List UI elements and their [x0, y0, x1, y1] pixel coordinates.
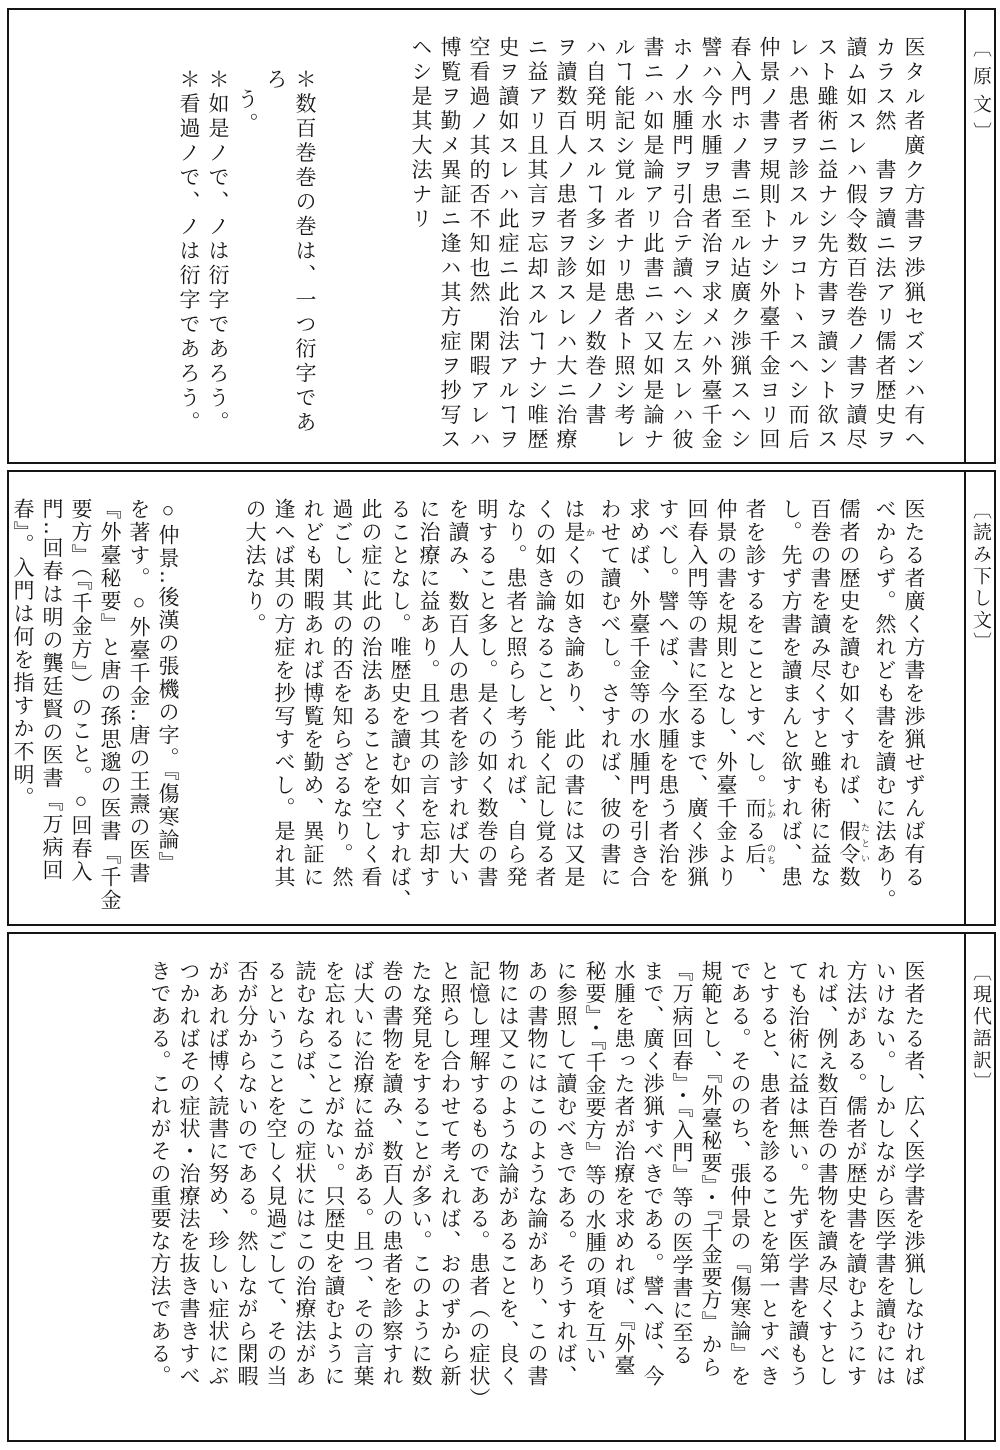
text-column: 巻の書物を讀み、数百人の患者を診察すれ	[377, 960, 406, 1432]
text-column: 空看過ノ其的否不知也然𪜈閑暇アレハ	[464, 36, 493, 454]
text-column: 史ヲ讀如スレハ此症ニ此治法アルヿヲ	[493, 36, 522, 454]
text-column: 秘要』・『千金要方』等の水腫の項を互い	[580, 960, 609, 1432]
text-column: 求めば、外臺千金等の水腫門を引き合	[624, 498, 653, 916]
section-genbun: 医タル者廣ク方書ヲ渉猟セズンハ有ヘカラス然𪜈書ヲ讀ニ法アリ儒者歴史ヲ讀ム如スレハ…	[7, 8, 996, 464]
text-column: つかればその症状・治療法を抜き書きすべ	[174, 960, 203, 1432]
text-column: くの如き論なること、能く記し覚る者	[530, 498, 559, 916]
text-column: に治療に益あり。且つ其の言を忘却す	[414, 498, 443, 916]
text-column: 医タル者廣ク方書ヲ渉猟セズンハ有ヘ	[899, 36, 928, 454]
text-column: 『万病回春』・『入門』等の医学書に至る	[667, 960, 696, 1432]
text-column: ヲ讀数百人ノ患者ヲ診スレハ大ニ治療	[551, 36, 580, 454]
text-column: 門‥回春は明の龔廷賢の医書『万病回	[37, 498, 66, 916]
text-column: 医たる者廣く方書を渉猟せずんば有る	[899, 498, 928, 916]
text-column: ＊如是ノで、ノは衍字であろう。	[203, 36, 232, 454]
text-column: まで、廣く渉猟すべきである。譬へば、今	[638, 960, 667, 1432]
text-column: 仲景の書を規則となし、外臺千金より	[711, 498, 740, 916]
text-column: ば大いに治療に益がある。且つ、その言葉	[348, 960, 377, 1432]
text-column: とすると、患者を診ることを第一とすべき	[754, 960, 783, 1432]
text-column: ても治術に益は無い。先ず医学書を讀もう	[783, 960, 812, 1432]
text-column: るということを空しく見過ごして、その当	[261, 960, 290, 1432]
text-column: 春』。入門は何を指すか不明。	[9, 498, 37, 916]
document-page: 医タル者廣ク方書ヲ渉猟セズンハ有ヘカラス然𪜈書ヲ讀ニ法アリ儒者歴史ヲ讀ム如スレハ…	[7, 8, 996, 1448]
text-column: 過ごし、其の的否を知らざるなり。然	[327, 498, 356, 916]
section-yomikudashi: 医たる者廣く方書を渉猟せずんば有るべからず。然れども書を讀むに法あり。儒者の歴史…	[7, 470, 996, 926]
furigana-ruby: 而しか	[743, 797, 767, 820]
text-column: 書ニハ如是論アリ此書ニハ又如是論ナ	[638, 36, 667, 454]
text-column: 回春入門等の書に至るまで、廣く渉猟	[682, 498, 711, 916]
text-column: ホノ水腫門ヲ引合テ讀ヘシ左スレハ彼	[667, 36, 696, 454]
text-column: 規範とし、『外臺秘要』・『千金要方』から	[696, 960, 725, 1432]
text-column: に参照して讀むべきである。そうすれば、	[551, 960, 580, 1432]
text-column: ＊看過ノで、ノは衍字であろう。	[174, 36, 203, 454]
yomikudashi-text-area: 医たる者廣く方書を渉猟せずんば有るべからず。然れども書を讀むに法あり。儒者の歴史…	[9, 472, 964, 924]
text-column: は是かくの如き論あり、此の書には又是	[559, 498, 595, 916]
text-column: を著す。○外臺千金‥唐の王燾の医書	[124, 498, 153, 916]
text-column: ○仲景‥後漢の張機の字。『傷寒論』	[153, 498, 182, 916]
text-column: 譬ハ今水腫ヲ患者治ヲ求メハ外臺千金	[696, 36, 725, 454]
text-column: いけない。しかしながら医学書を讀むには	[870, 960, 899, 1432]
text-column: う。	[232, 36, 261, 454]
text-column: れば、例え数百巻の書物を讀み尽くすとし	[812, 960, 841, 1432]
text-column: スト雖術ニ益ナシ先方書ヲ讀ント欲ス	[812, 36, 841, 454]
furigana-ruby: 假令たとい	[837, 820, 861, 866]
genbun-text-area: 医タル者廣ク方書ヲ渉猟セズンハ有ヘカラス然𪜈書ヲ讀ニ法アリ儒者歴史ヲ讀ム如スレハ…	[9, 10, 964, 462]
text-column: ハ自発明スルヿ多シ如是ノ数巻ノ書	[580, 36, 609, 454]
section-gendaigoyaku: 医者たる者、広く医学書を渉猟しなければいけない。しかしながら医学書を讀むには方法…	[7, 932, 996, 1442]
furigana-ruby: 后のち	[743, 843, 767, 866]
text-column: し。先ず方書を讀まんと欲すれば、患	[776, 498, 805, 916]
text-column: 要方』（『千金方』）のこと。○回春入	[66, 498, 95, 916]
column-spacer	[182, 498, 240, 916]
text-column: わせて讀むべし。さすれば、彼の書に	[595, 498, 624, 916]
text-column: 仲景ノ書ヲ規則トナシ外臺千金ヨリ回	[754, 36, 783, 454]
gendaigoyaku-text-area: 医者たる者、広く医学書を渉猟しなければいけない。しかしながら医学書を讀むには方法…	[9, 934, 964, 1440]
text-column: 水腫を患った者が治療を求めれば、『外臺	[609, 960, 638, 1432]
text-column: ることなし。唯歴史を讀む如くすれば、	[385, 498, 414, 916]
text-column: 否が分からないのである。然しながら閑暇	[232, 960, 261, 1432]
text-column: ヘシ是其大法ナリ	[406, 36, 435, 454]
text-column: ニ益アリ且其言ヲ忘却スルヿナシ唯歴	[522, 36, 551, 454]
column-spacer	[319, 36, 406, 454]
text-column: 百巻の書を讀み尽くすと雖も術に益な	[805, 498, 834, 916]
text-column: カラス然𪜈書ヲ讀ニ法アリ儒者歴史ヲ	[870, 36, 899, 454]
text-column: があれば博く読書に努め、珍しい症状にぶ	[203, 960, 232, 1432]
text-column: ルヿ能記シ覚ル者ナリ患者ト照シ考レ	[609, 36, 638, 454]
genbun-section-label: 〔原文〕	[964, 10, 994, 462]
text-column: 物には又このような論があることを、良く	[493, 960, 522, 1432]
text-column: である。そののち、張仲景の『傷寒論』を	[725, 960, 754, 1432]
text-column: あの書物にはこのような論があり、この書	[522, 960, 551, 1432]
text-column: を忘れることがない。只歴史を讀むように	[319, 960, 348, 1432]
text-column: 者を診するをこととすべし。而しかる后のち、	[740, 498, 776, 916]
text-column: 此の症に此の治法あることを空しく看	[356, 498, 385, 916]
text-column: レハ患者ヲ診スルヲコトヽスヘシ而后	[783, 36, 812, 454]
text-column: 医者たる者、広く医学書を渉猟しなければ	[899, 960, 928, 1432]
text-column: 儒者の歴史を讀む如くすれば、假令たとい数	[834, 498, 870, 916]
text-column: 逢へば其の方症を抄写すべし。是れ其	[269, 498, 298, 916]
text-column: 博覧ヲ勤メ異証ニ逢ハ其方症ヲ抄写ス	[435, 36, 464, 454]
text-column: れども閑暇あれば博覧を勤め、異証に	[298, 498, 327, 916]
text-column: すべし。譬へば、今水腫を患う者治を	[653, 498, 682, 916]
text-column: 読むならば、この症状にはこの治療法があ	[290, 960, 319, 1432]
text-column: 讀ム如スレハ假令数百巻巻ノ書ヲ讀尽	[841, 36, 870, 454]
gendaigoyaku-section-label: 〔現代語訳〕	[964, 934, 994, 1440]
text-column: 記憶し理解するものである。患者（の症状）	[464, 960, 493, 1432]
text-column: きである。これがその重要な方法である。	[145, 960, 174, 1432]
text-column: ＊数百巻巻の巻は、一つ衍字であろ	[261, 36, 319, 454]
text-column: べからず。然れども書を讀むに法あり。	[870, 498, 899, 916]
text-column: を讀み、数百人の患者を診すれば大い	[443, 498, 472, 916]
text-column: 方法がある。儒者が歴史書を讀むようにす	[841, 960, 870, 1432]
text-column: 春入門ホノ書ニ至ル迠廣ク渉猟スヘシ	[725, 36, 754, 454]
text-column: 明すること多し。是くの如く数巻の書	[472, 498, 501, 916]
text-column: 『外臺秘要』と唐の孫思邈の医書『千金	[95, 498, 124, 916]
yomikudashi-section-label: 〔読み下し文〕	[964, 472, 994, 924]
text-column: なり。患者と照らし考うれば、自ら発	[501, 498, 530, 916]
text-column: の大法なり。	[240, 498, 269, 916]
furigana-ruby: 是か	[562, 521, 586, 544]
text-column: と照らし合わせて考えれば、おのずから新	[435, 960, 464, 1432]
text-column: たな発見をすることが多い。このように数	[406, 960, 435, 1432]
